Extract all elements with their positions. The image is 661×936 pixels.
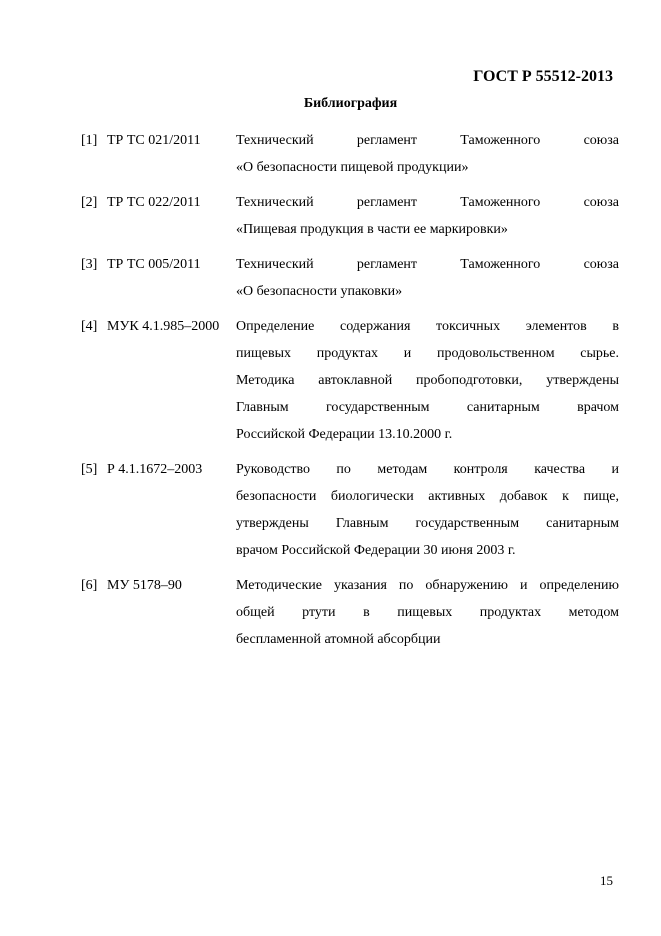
entry-number: [5] xyxy=(81,456,107,564)
entry-reference: ТР ТС 022/2011 xyxy=(107,189,236,243)
entry-number: [1] xyxy=(81,127,107,181)
description-line: Руководство по методам контроля качества… xyxy=(236,456,619,483)
description-line: Определение содержания токсичных элемент… xyxy=(236,313,619,340)
entry-reference: Р 4.1.1672–2003 xyxy=(107,456,236,564)
entry-number: [6] xyxy=(81,572,107,653)
bibliography-list: [1]ТР ТС 021/2011Технический регламент Т… xyxy=(81,127,619,661)
description-line: утверждены Главным государственным санит… xyxy=(236,510,619,537)
entry-number: [4] xyxy=(81,313,107,448)
description-line: Технический регламент Таможенного союза xyxy=(236,251,619,278)
description-line: Методические указания по обнаружению и о… xyxy=(236,572,619,599)
bibliography-entry: [3]ТР ТС 005/2011Технический регламент Т… xyxy=(81,251,619,305)
entry-number: [3] xyxy=(81,251,107,305)
description-line: «Пищевая продукция в части ее маркировки… xyxy=(236,216,619,243)
entry-description: Определение содержания токсичных элемент… xyxy=(236,313,619,448)
bibliography-entry: [6]МУ 5178–90Методические указания по об… xyxy=(81,572,619,653)
bibliography-entry: [2]ТР ТС 022/2011Технический регламент Т… xyxy=(81,189,619,243)
page-number: 15 xyxy=(600,873,613,889)
entry-description: Методические указания по обнаружению и о… xyxy=(236,572,619,653)
entry-reference: МУК 4.1.985–2000 xyxy=(107,313,236,448)
description-line: Российской Федерации 13.10.2000 г. xyxy=(236,421,619,448)
description-line: врачом Российской Федерации 30 июня 2003… xyxy=(236,537,619,564)
description-line: Технический регламент Таможенного союза xyxy=(236,127,619,154)
entry-reference: ТР ТС 005/2011 xyxy=(107,251,236,305)
entry-description: Руководство по методам контроля качества… xyxy=(236,456,619,564)
entry-reference: ТР ТС 021/2011 xyxy=(107,127,236,181)
entry-description: Технический регламент Таможенного союза«… xyxy=(236,189,619,243)
entry-description: Технический регламент Таможенного союза«… xyxy=(236,251,619,305)
page-title: Библиография xyxy=(0,96,661,112)
document-code: ГОСТ Р 55512-2013 xyxy=(473,68,613,86)
description-line: общей ртути в пищевых продуктах методом xyxy=(236,599,619,626)
entry-number: [2] xyxy=(81,189,107,243)
description-line: Методика автоклавной пробоподготовки, ут… xyxy=(236,367,619,394)
bibliography-entry: [1]ТР ТС 021/2011Технический регламент Т… xyxy=(81,127,619,181)
description-line: «О безопасности пищевой продукции» xyxy=(236,154,619,181)
description-line: Технический регламент Таможенного союза xyxy=(236,189,619,216)
description-line: безопасности биологически активных добав… xyxy=(236,483,619,510)
description-line: беспламенной атомной абсорбции xyxy=(236,626,619,653)
entry-reference: МУ 5178–90 xyxy=(107,572,236,653)
bibliography-entry: [4]МУК 4.1.985–2000Определение содержани… xyxy=(81,313,619,448)
description-line: «О безопасности упаковки» xyxy=(236,278,619,305)
bibliography-entry: [5]Р 4.1.1672–2003Руководство по методам… xyxy=(81,456,619,564)
description-line: пищевых продуктах и продовольственном сы… xyxy=(236,340,619,367)
description-line: Главным государственным санитарным врачо… xyxy=(236,394,619,421)
entry-description: Технический регламент Таможенного союза«… xyxy=(236,127,619,181)
